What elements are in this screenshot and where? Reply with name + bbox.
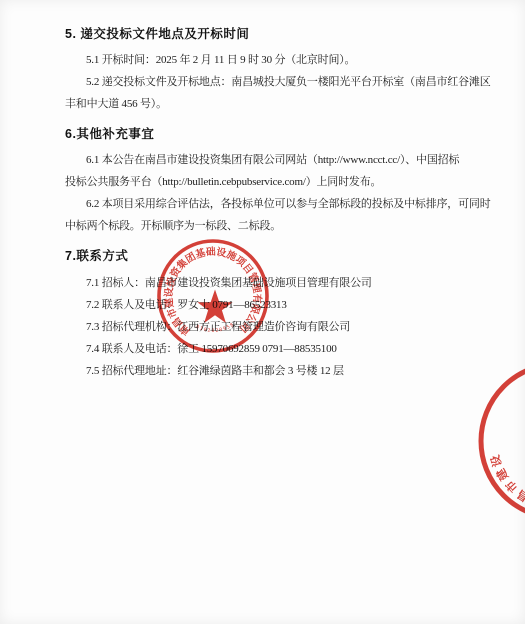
scanned-document-page: 5. 递交投标文件地点及开标时间5.1 开标时间：2025 年 2 月 11 日… <box>0 0 525 624</box>
document-line: 7.1 招标人：南昌市建设投资集团基础设施项目管理有限公司 <box>65 272 515 294</box>
document-line: 6.2 本项目采用综合评估法，各投标单位可以参与全部标段的投标及中标排序，可同时 <box>65 193 515 215</box>
document-line: 6.1 本公告在南昌市建设投资集团有限公司网站（http://www.ncct.… <box>65 149 515 171</box>
partial-seal-stamp: 南昌市建设投资 <box>470 358 525 528</box>
section-heading: 5. 递交投标文件地点及开标时间 <box>65 22 515 46</box>
document-body: 5. 递交投标文件地点及开标时间5.1 开标时间：2025 年 2 月 11 日… <box>65 22 515 382</box>
document-line: 7.3 招标代理机构：江西方正工程管理造价咨询有限公司 <box>65 316 515 338</box>
document-line: 中标两个标段。开标顺序为一标段、二标段。 <box>65 215 515 237</box>
document-line: 7.5 招标代理地址：红谷滩绿茵路丰和都会 3 号楼 12 层 <box>65 360 515 382</box>
document-line: 5.2 递交投标文件及开标地点：南昌城投大厦负一楼阳光平台开标室（南昌市红谷滩区 <box>65 71 515 93</box>
document-line: 7.2 联系人及电话：罗女士 0791—86523313 <box>65 294 515 316</box>
document-line: 7.4 联系人及电话：徐工 15970692859 0791—88535100 <box>65 338 515 360</box>
document-line: 丰和中大道 456 号）。 <box>65 93 515 115</box>
seal-ring <box>481 364 525 518</box>
document-line: 5.1 开标时间：2025 年 2 月 11 日 9 时 30 分（北京时间）。 <box>65 49 515 71</box>
section-heading: 6.其他补充事宜 <box>65 122 515 146</box>
document-line: 投标公共服务平台（http://bulletin.cebpubservice.c… <box>65 171 515 193</box>
section-heading: 7.联系方式 <box>65 244 515 268</box>
